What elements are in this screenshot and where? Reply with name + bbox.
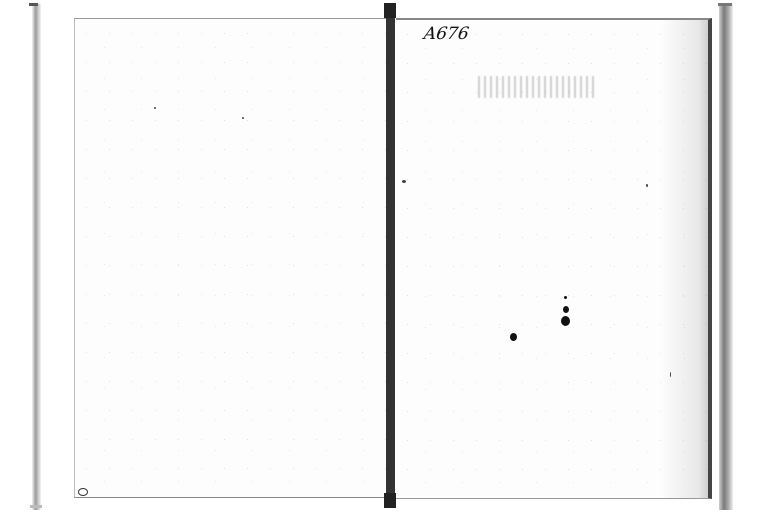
book-gutter — [386, 4, 395, 508]
ink-spot — [510, 333, 517, 341]
speck — [242, 117, 244, 119]
ink-spot — [563, 306, 569, 313]
shelfmark-annotation: A676 — [423, 24, 471, 44]
paper-texture — [75, 19, 387, 497]
speck — [646, 184, 648, 187]
left-edge-cap — [29, 3, 38, 6]
left-edge-cap-bottom — [30, 505, 42, 508]
speck — [670, 372, 671, 377]
speck — [402, 180, 406, 183]
right-book-edge — [719, 4, 733, 510]
gutter-tab-top — [384, 3, 396, 18]
gutter-tab-bottom — [384, 493, 396, 508]
corner-mark — [78, 488, 88, 496]
left-page — [74, 18, 387, 498]
right-edge-cap — [718, 3, 732, 6]
ink-spot — [561, 316, 570, 326]
ink-spot — [564, 296, 567, 299]
speck — [154, 107, 156, 109]
left-book-edge — [32, 4, 41, 510]
faded-stamp — [478, 76, 598, 98]
